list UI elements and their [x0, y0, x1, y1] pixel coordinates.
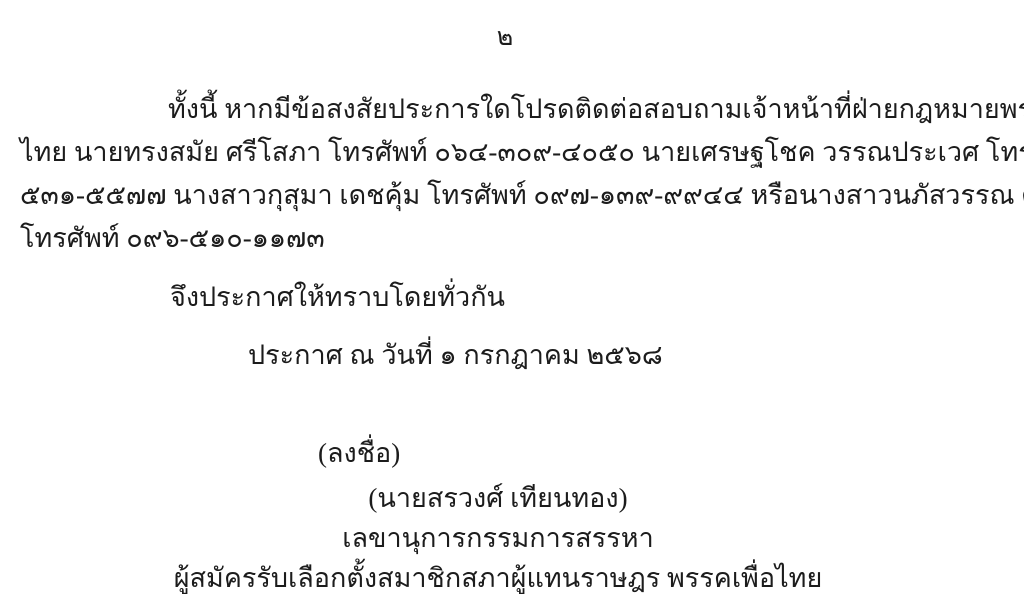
closing-statement: จึงประกาศให้ทราบโดยทั่วกัน	[170, 276, 505, 319]
page-number: ๒	[0, 16, 1010, 59]
signatory-name: (นายสรวงศ์ เทียนทอง)	[0, 478, 996, 518]
announcement-date-line: ประกาศ ณ วันที่ ๑ กรกฎาคม ๒๕๖๘	[248, 334, 663, 377]
paragraph-line-3: ๕๓๑-๕๕๗๗ นางสาวกุสุมา เดชคุ้ม โทรศัพท์ ๐…	[20, 174, 1012, 217]
contact-paragraph: ทั้งนี้ หากมีข้อสงสัยประการใดโปรดติดต่อส…	[20, 88, 1012, 260]
paragraph-line-2: ไทย นายทรงสมัย ศรีโสภา โทรศัพท์ ๐๖๔-๓๐๙-…	[20, 131, 1012, 174]
paragraph-line-1: ทั้งนี้ หากมีข้อสงสัยประการใดโปรดติดต่อส…	[20, 88, 1012, 131]
signatory-title-line-1: เลขานุการกรรมการสรรหา	[0, 518, 996, 558]
signatory-title-line-2: ผู้สมัครรับเลือกตั้งสมาชิกสภาผู้แทนราษฎร…	[0, 558, 996, 598]
paragraph-line-4: โทรศัพท์ ๐๙๖-๕๑๐-๑๑๗๓	[20, 217, 1012, 260]
signature-label: (ลงชื่อ)	[318, 432, 400, 475]
signature-block: (นายสรวงศ์ เทียนทอง) เลขานุการกรรมการสรร…	[0, 478, 996, 598]
document-page: ๒ ทั้งนี้ หากมีข้อสงสัยประการใดโปรดติดต่…	[0, 0, 1024, 610]
